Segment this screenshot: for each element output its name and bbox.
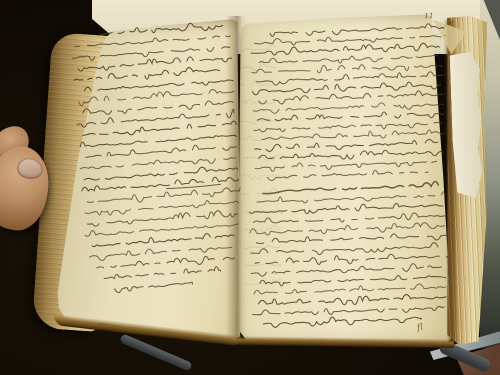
- left-page-handwriting: [70, 11, 251, 300]
- right-page-handwriting-block1: [250, 13, 452, 190]
- folio-number: 11: [420, 11, 439, 20]
- right-page-handwriting-block2: [248, 171, 455, 328]
- photo-open-manuscript-book: 11 fl: [0, 0, 500, 375]
